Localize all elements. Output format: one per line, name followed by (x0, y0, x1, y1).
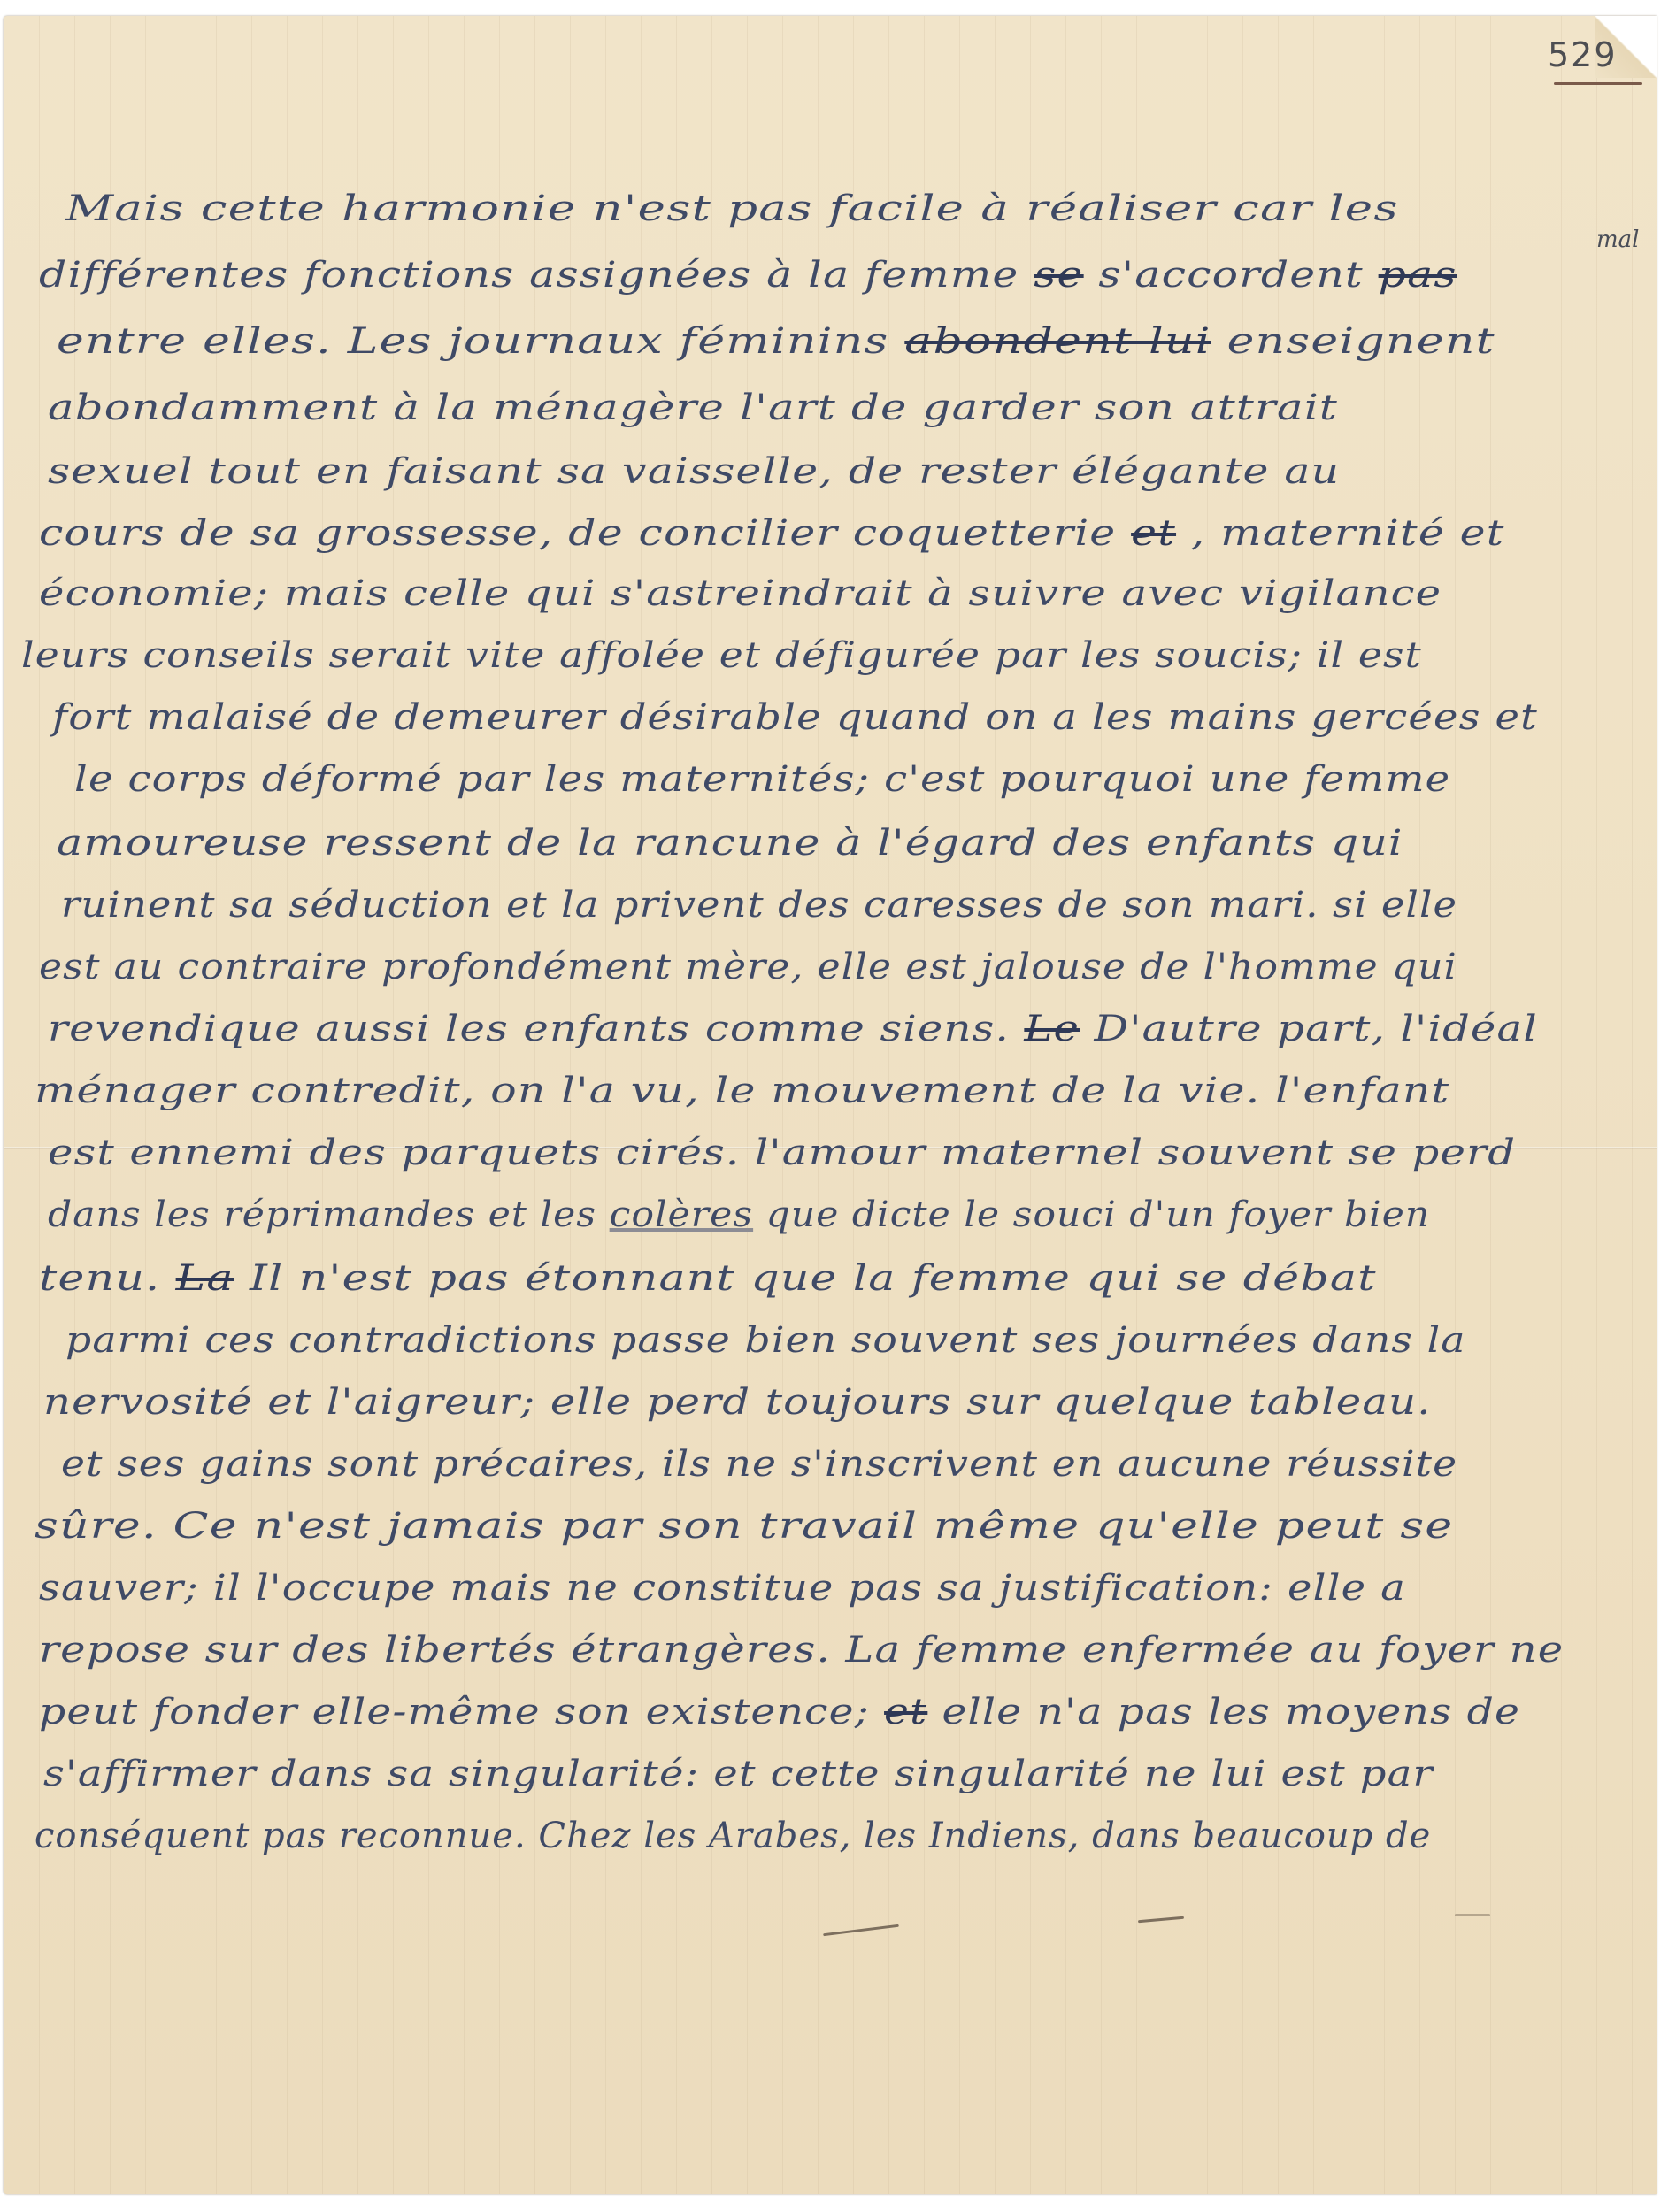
line-text: abondamment à la ménagère l'art de garde… (48, 388, 1338, 428)
line-text: s'affirmer dans sa singularité: et cette… (43, 1754, 1434, 1794)
manuscript-line: ménager contredit, on l'a vu, le mouveme… (35, 1071, 1449, 1111)
line-text: nervosité et l'aigreur; elle perd toujou… (43, 1382, 1432, 1423)
line-text: peut fonder elle-même son existence; (39, 1692, 870, 1732)
manuscript-line: sauver; il l'occupe mais ne constitue pa… (39, 1568, 1406, 1609)
manuscript-line: s'affirmer dans sa singularité: et cette… (43, 1754, 1434, 1794)
manuscript-line: Mais cette harmonie n'est pas facile à r… (65, 188, 1399, 229)
line-text: Il n'est pas étonnant que la femme qui s… (250, 1258, 1377, 1299)
line-text: ruinent sa séduction et la privent des c… (61, 885, 1457, 926)
page-number-underline (1554, 82, 1642, 85)
line-text: et ses gains sont précaires, ils ne s'in… (61, 1444, 1457, 1485)
line-text: économie; mais celle qui s'astreindrait … (39, 573, 1442, 614)
line-text: D'autre part, l'idéal (1095, 1009, 1538, 1049)
manuscript-line: sexuel tout en faisant sa vaisselle, de … (48, 451, 1340, 492)
line-text: fort malaisé de demeurer désirable quand… (52, 697, 1538, 738)
separator-dash (1138, 1916, 1184, 1924)
manuscript-line: ruinent sa séduction et la privent des c… (61, 885, 1457, 926)
line-text: elle n'a pas les moyens de (942, 1692, 1521, 1732)
line-text: parmi ces contradictions passe bien souv… (65, 1320, 1466, 1361)
line-text: , maternité et (1191, 513, 1505, 554)
manuscript-line: fort malaisé de demeurer désirable quand… (52, 697, 1538, 738)
manuscript-line: est ennemi des parquets cirés. l'amour m… (48, 1133, 1516, 1173)
line-text: conséquent pas reconnue. Chez les Arabes… (35, 1816, 1431, 1856)
manuscript-line: cours de sa grossesse, de concilier coqu… (39, 513, 1505, 554)
struck-word: abondent lui (904, 321, 1211, 362)
margin-correction: mal (1596, 227, 1639, 253)
line-text: s'accordent (1098, 255, 1364, 296)
manuscript-line: amoureuse ressent de la rancune à l'égar… (57, 823, 1403, 864)
line-text: sauver; il l'occupe mais ne constitue pa… (39, 1568, 1406, 1609)
line-text: revendique aussi les enfants comme siens… (48, 1009, 1010, 1049)
manuscript-line: et ses gains sont précaires, ils ne s'in… (61, 1444, 1457, 1485)
line-text: ménager contredit, on l'a vu, le mouveme… (35, 1071, 1449, 1111)
page-number: 529 (1548, 35, 1618, 74)
manuscript-line: nervosité et l'aigreur; elle perd toujou… (43, 1382, 1432, 1423)
line-text: sexuel tout en faisant sa vaisselle, de … (48, 451, 1340, 492)
separator-dash (823, 1924, 899, 1936)
manuscript-line: peut fonder elle-même son existence; et … (39, 1692, 1520, 1732)
manuscript-line: économie; mais celle qui s'astreindrait … (39, 573, 1442, 614)
underlined-word: colères (610, 1194, 753, 1235)
struck-word: et (1131, 513, 1176, 554)
line-text: cours de sa grossesse, de concilier coqu… (39, 513, 1116, 554)
manuscript-page: 529 Mais cette harmonie n'est pas facile… (4, 16, 1657, 2194)
line-text: est ennemi des parquets cirés. l'amour m… (48, 1133, 1516, 1173)
manuscript-line: dans les réprimandes et les colères que … (48, 1194, 1430, 1235)
line-text: le corps déformé par les maternités; c'e… (74, 759, 1450, 800)
line-text: Mais cette harmonie n'est pas facile à r… (65, 188, 1399, 229)
manuscript-line: conséquent pas reconnue. Chez les Arabes… (35, 1816, 1431, 1856)
line-text: sûre. Ce n'est jamais par son travail mê… (35, 1506, 1453, 1547)
line-text: est au contraire profondément mère, elle… (39, 947, 1457, 987)
manuscript-line: entre elles. Les journaux féminins abond… (57, 321, 1495, 362)
struck-word: Le (1024, 1009, 1080, 1049)
struck-word: et (884, 1692, 927, 1732)
manuscript-line: repose sur des libertés étrangères. La f… (39, 1630, 1564, 1671)
struck-word: se (1034, 255, 1083, 296)
line-text: dans les réprimandes et les (48, 1194, 596, 1235)
line-text: amoureuse ressent de la rancune à l'égar… (57, 823, 1403, 864)
manuscript-line: le corps déformé par les maternités; c'e… (74, 759, 1450, 800)
line-text: repose sur des libertés étrangères. La f… (39, 1630, 1564, 1671)
line-text: entre elles. Les journaux féminins (57, 321, 888, 362)
manuscript-line: leurs conseils serait vite affolée et dé… (21, 635, 1422, 676)
line-text: différentes fonctions assignées à la fem… (39, 255, 1019, 296)
line-text: tenu. (39, 1258, 160, 1299)
manuscript-line: tenu. La Il n'est pas étonnant que la fe… (39, 1258, 1377, 1299)
manuscript-line: sûre. Ce n'est jamais par son travail mê… (35, 1506, 1453, 1547)
manuscript-line: différentes fonctions assignées à la fem… (39, 255, 1457, 296)
manuscript-line: abondamment à la ménagère l'art de garde… (48, 388, 1338, 428)
line-text: que dicte le souci d'un foyer bien (766, 1194, 1431, 1235)
manuscript-line: parmi ces contradictions passe bien souv… (65, 1320, 1466, 1361)
manuscript-line: revendique aussi les enfants comme siens… (48, 1009, 1538, 1049)
struck-word: La (176, 1258, 234, 1299)
struck-word: pas (1379, 255, 1457, 296)
manuscript-line: est au contraire profondément mère, elle… (39, 947, 1457, 987)
line-text: leurs conseils serait vite affolée et dé… (21, 635, 1422, 676)
separator-dash (1455, 1914, 1490, 1916)
line-text: enseignent (1227, 321, 1495, 362)
